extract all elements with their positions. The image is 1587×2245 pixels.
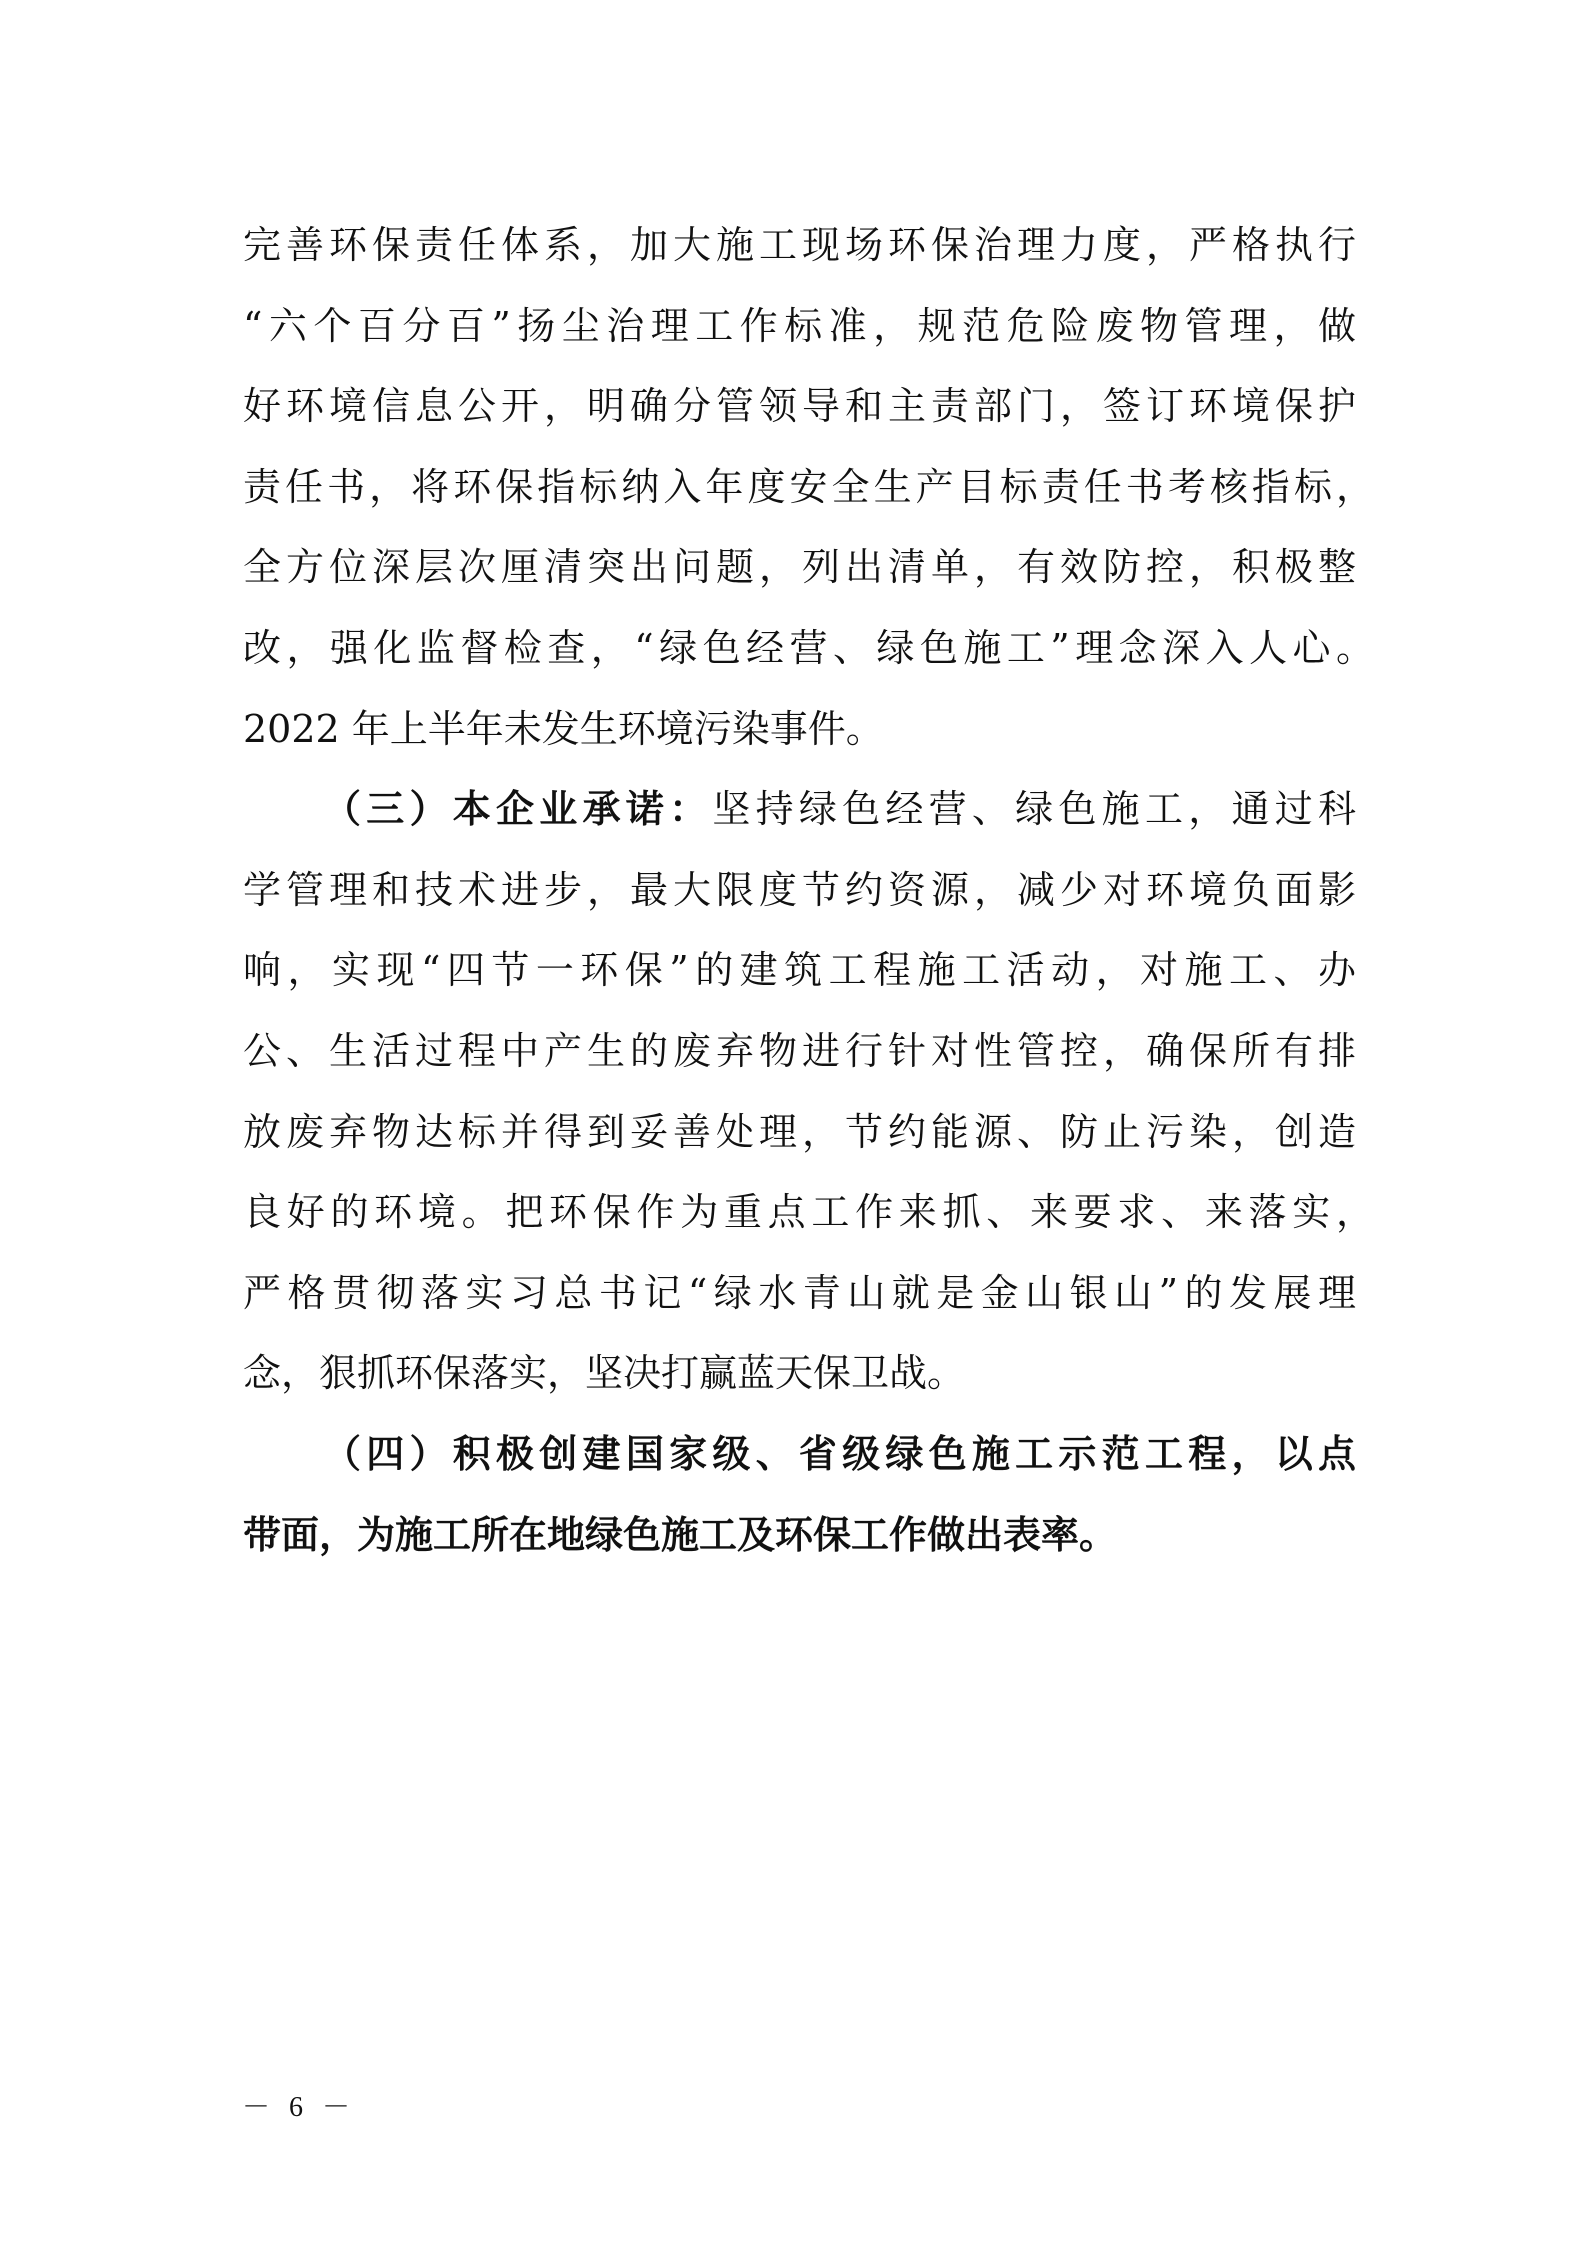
document-body: 完善环保责任体系，加大施工现场环保治理力度，严格执行 “六个百分百”扬尘治理工作… bbox=[243, 205, 1356, 1575]
text-line: 责任书，将环保指标纳入年度安全生产目标责任书考核指标， bbox=[243, 447, 1374, 528]
text-line: “六个百分百”扬尘治理工作标准，规范危险废物管理，做 bbox=[243, 286, 1356, 367]
text-line: 学管理和技术进步，最大限度节约资源，减少对环境负面影 bbox=[243, 850, 1356, 931]
document-page: 完善环保责任体系，加大施工现场环保治理力度，严格执行 “六个百分百”扬尘治理工作… bbox=[0, 0, 1587, 2245]
text-line: 全方位深层次厘清突出问题，列出清单，有效防控，积极整 bbox=[243, 527, 1356, 608]
text-line: 带面，为施工所在地绿色施工及环保工作做出表率。 bbox=[243, 1495, 1356, 1576]
text-fragment: 坚持绿色经营、绿色施工，通过科 bbox=[712, 787, 1356, 831]
text-line: 严格贯彻落实习总书记“绿水青山就是金山银山”的发展理 bbox=[243, 1253, 1356, 1334]
text-line: 念，狠抓环保落实，坚决打赢蓝天保卫战。 bbox=[243, 1333, 1356, 1414]
paragraph-environmental-responsibility: 完善环保责任体系，加大施工现场环保治理力度，严格执行 “六个百分百”扬尘治理工作… bbox=[243, 205, 1356, 769]
text-line: 放废弃物达标并得到妥善处理，节约能源、防止污染，创造 bbox=[243, 1092, 1356, 1173]
section-heading-three: （三）本企业承诺： bbox=[323, 786, 712, 831]
text-line: 完善环保责任体系，加大施工现场环保治理力度，严格执行 bbox=[243, 205, 1356, 286]
text-line: 改，强化监督检查，“绿色经营、绿色施工”理念深入人心。 bbox=[243, 608, 1374, 689]
text-line: 好环境信息公开，明确分管领导和主责部门，签订环境保护 bbox=[243, 366, 1356, 447]
paragraph-company-commitment: （三）本企业承诺：坚持绿色经营、绿色施工，通过科 学管理和技术进步，最大限度节约… bbox=[243, 769, 1356, 1414]
text-line-with-heading: （三）本企业承诺：坚持绿色经营、绿色施工，通过科 bbox=[243, 769, 1356, 850]
paragraph-green-construction-demo: （四）积极创建国家级、省级绿色施工示范工程，以点 带面，为施工所在地绿色施工及环… bbox=[243, 1414, 1356, 1575]
text-line: 响，实现“四节一环保”的建筑工程施工活动，对施工、办 bbox=[243, 930, 1356, 1011]
text-line: 良好的环境。把环保作为重点工作来抓、来要求、来落实， bbox=[243, 1172, 1374, 1253]
page-number: － 6 － bbox=[242, 2088, 356, 2128]
text-line: 公、生活过程中产生的废弃物进行针对性管控，确保所有排 bbox=[243, 1011, 1356, 1092]
section-heading-four-line: （四）积极创建国家级、省级绿色施工示范工程，以点 bbox=[243, 1414, 1356, 1495]
text-line: 2022 年上半年未发生环境污染事件。 bbox=[243, 689, 1356, 770]
